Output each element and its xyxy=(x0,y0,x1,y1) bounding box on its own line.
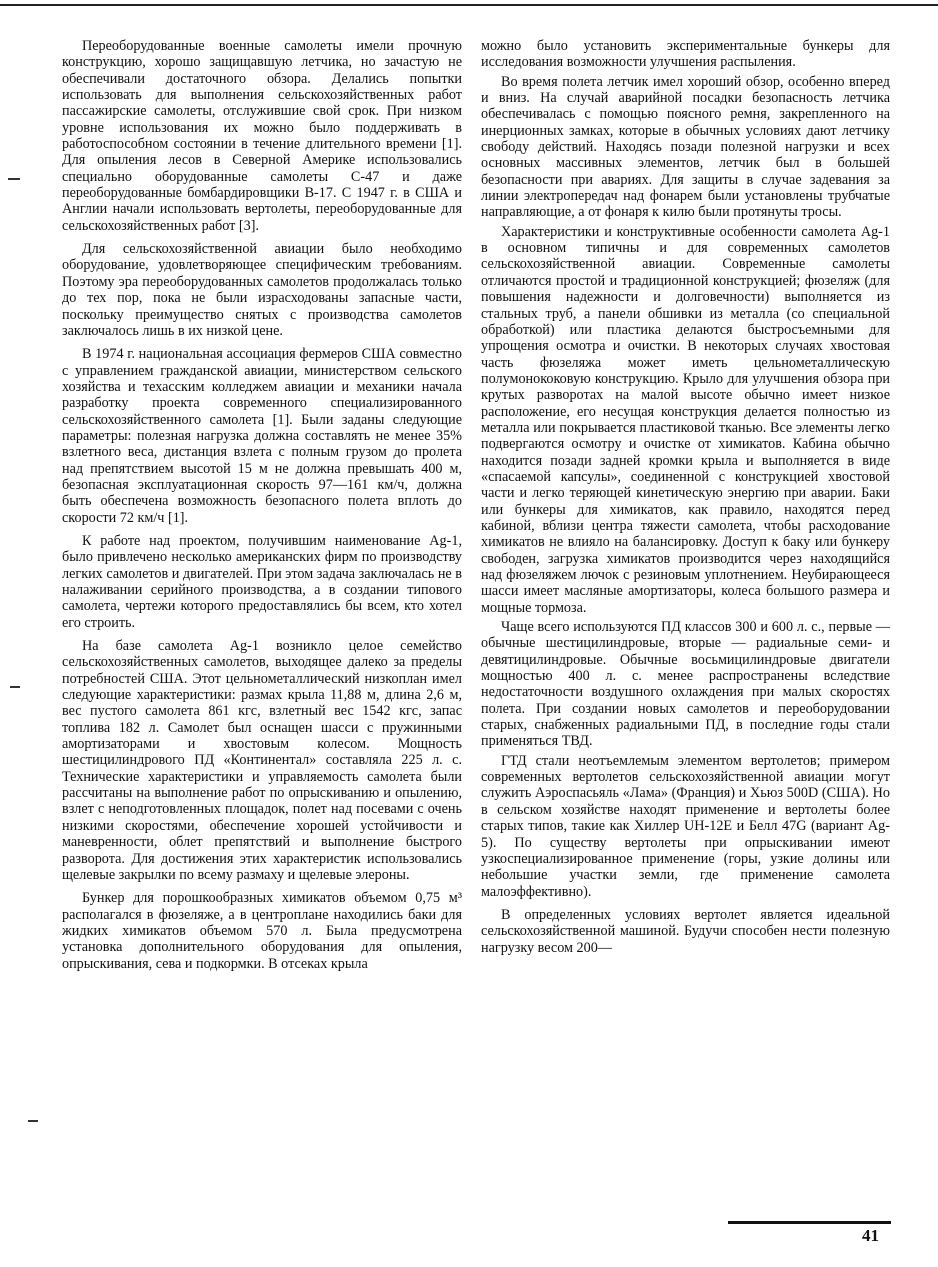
paragraph: В определенных условиях вертолет являетс… xyxy=(481,907,890,956)
paragraph: Для сельскохозяйственной авиации было не… xyxy=(62,241,462,339)
paragraph: На базе самолета Ag-1 возникло целое сем… xyxy=(62,638,462,883)
paragraph: Чаще всего используются ПД классов 300 и… xyxy=(481,619,890,750)
paragraph-continuation: можно было установить экспериментальные … xyxy=(481,38,890,71)
paragraph: Во время полета летчик имел хороший обзо… xyxy=(481,74,890,221)
paragraph: Переоборудованные военные самолеты имели… xyxy=(62,38,462,234)
paragraph: Бункер для порошкообразных химикатов объ… xyxy=(62,890,462,972)
left-column: Переоборудованные военные самолеты имели… xyxy=(62,38,462,979)
page-number: 41 xyxy=(862,1226,879,1246)
margin-mark xyxy=(8,178,20,180)
margin-mark xyxy=(28,1120,38,1122)
right-column: можно было установить экспериментальные … xyxy=(481,38,890,963)
paragraph: В 1974 г. национальная ассоциация фермер… xyxy=(62,346,462,526)
paragraph: ГТД стали неотъемлемым элементом вертоле… xyxy=(481,753,890,900)
paragraph: Характеристики и конструктивные особенно… xyxy=(481,224,890,616)
margin-mark xyxy=(10,686,20,688)
paragraph: К работе над проектом, получившим наимен… xyxy=(62,533,462,631)
top-border-rule xyxy=(0,4,938,6)
footer-rule xyxy=(728,1221,891,1224)
